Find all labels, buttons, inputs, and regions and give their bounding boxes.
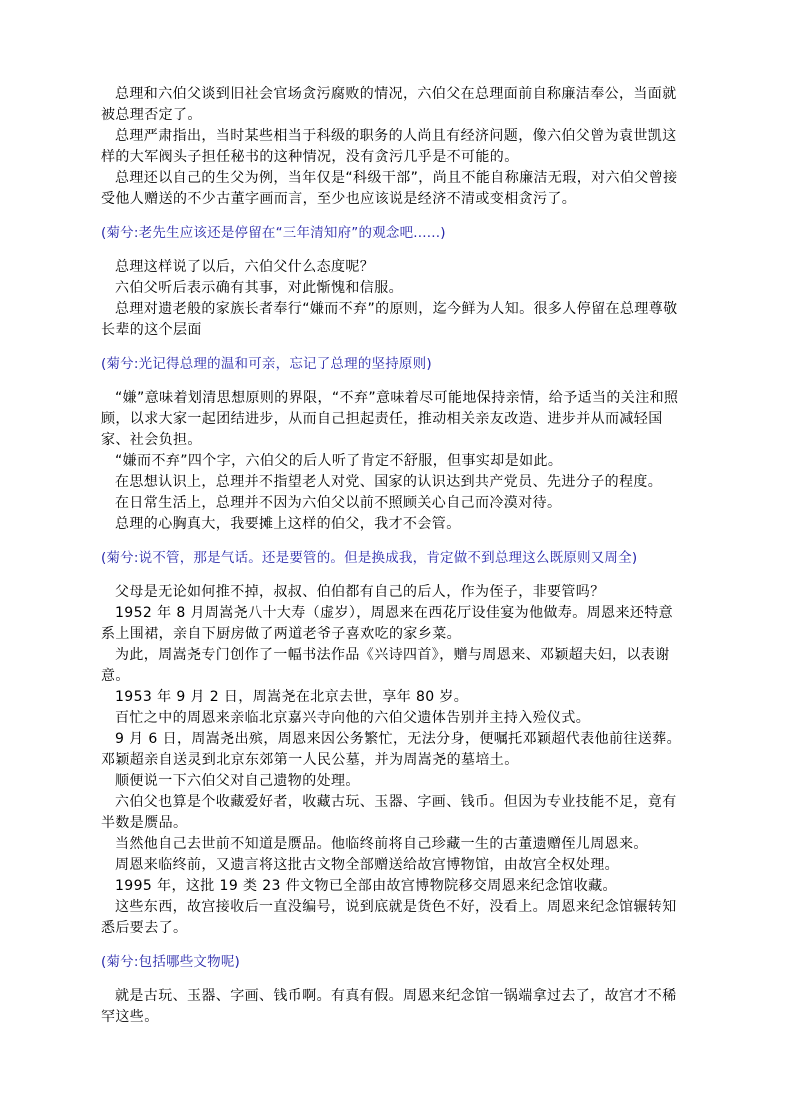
paragraph: 六伯父也算是个收藏爱好者，收藏古玩、玉器、字画、钱币。但因为专业技能不足，竟有半… (101, 792, 681, 834)
paragraph: 六伯父听后表示确有其事，对此惭愧和信服。 (101, 278, 681, 299)
paragraph: 总理对遗老般的家族长者奉行“嫌而不弃”的原则，迄今鲜为人知。很多人停留在总理尊敬… (101, 299, 681, 341)
paragraph: 在日常生活上，总理并不因为六伯父以前不照顾关心自己而冷漠对待。 (101, 493, 681, 514)
commentary-note: (菊兮:包括哪些文物呢) (101, 952, 681, 973)
paragraph: 这些东西，故宫接收后一直没编号，说到底就是货色不好，没看上。周恩来纪念馆辗转知悉… (101, 897, 681, 939)
paragraph: 就是古玩、玉器、字画、钱币啊。有真有假。周恩来纪念馆一锅端拿过去了，故宫才不稀罕… (101, 986, 681, 1028)
paragraph: 总理严肃指出，当时某些相当于科级的职务的人尚且有经济问题，像六伯父曾为袁世凯这样… (101, 126, 681, 168)
paragraph: 9 月 6 日，周嵩尧出殡，周恩来因公务繁忙，无法分身，便嘱托邓颖超代表他前往送… (101, 729, 681, 771)
paragraph: 总理这样说了以后，六伯父什么态度呢？ (101, 257, 681, 278)
paragraph: 总理的心胸真大，我要摊上这样的伯父，我才不会管。 (101, 514, 681, 535)
document-body: 总理和六伯父谈到旧社会官场贪污腐败的情况，六伯父在总理面前自称廉洁奉公，当面就被… (101, 84, 681, 1028)
paragraph: 当然他自己去世前不知道是赝品。他临终前将自己珍藏一生的古董遗赠侄儿周恩来。 (101, 834, 681, 855)
paragraph: 1995 年，这批 19 类 23 件文物已全部由故宫博物院移交周恩来纪念馆收藏… (101, 876, 681, 897)
paragraph: 顺便说一下六伯父对自己遗物的处理。 (101, 771, 681, 792)
paragraph: 总理还以自己的生父为例，当年仅是“科级干部”，尚且不能自称廉洁无瑕，对六伯父曾接… (101, 168, 681, 210)
section-2: 总理这样说了以后，六伯父什么态度呢？ 六伯父听后表示确有其事，对此惭愧和信服。 … (101, 257, 681, 375)
paragraph: “嫌而不弃”四个字，六伯父的后人听了肯定不舒服，但事实却是如此。 (101, 451, 681, 472)
paragraph: 总理和六伯父谈到旧社会官场贪污腐败的情况，六伯父在总理面前自称廉洁奉公，当面就被… (101, 84, 681, 126)
paragraph: “嫌”意味着划清思想原则的界限，“不弃”意味着尽可能地保持亲情，给予适当的关注和… (101, 388, 681, 451)
paragraph: 1952 年 8 月周嵩尧八十大寿（虚岁），周恩来在西花厅设佳宴为他做寿。周恩来… (101, 603, 681, 645)
section-3: “嫌”意味着划清思想原则的界限，“不弃”意味着尽可能地保持亲情，给予适当的关注和… (101, 388, 681, 569)
paragraph: 周恩来临终前，又遗言将这批古文物全部赠送给故宫博物馆，由故宫全权处理。 (101, 855, 681, 876)
paragraph: 为此，周嵩尧专门创作了一幅书法作品《兴诗四首》，赠与周恩来、邓颖超夫妇，以表谢意… (101, 645, 681, 687)
commentary-note: (菊兮:光记得总理的温和可亲，忘记了总理的坚持原则) (101, 354, 681, 375)
paragraph: 1953 年 9 月 2 日，周嵩尧在北京去世，享年 80 岁。 (101, 687, 681, 708)
commentary-note: (菊兮:老先生应该还是停留在“三年清知府”的观念吧......) (101, 223, 681, 244)
paragraph: 在思想认识上，总理并不指望老人对党、国家的认识达到共产党员、先进分子的程度。 (101, 472, 681, 493)
section-5: 就是古玩、玉器、字画、钱币啊。有真有假。周恩来纪念馆一锅端拿过去了，故宫才不稀罕… (101, 986, 681, 1028)
paragraph: 父母是无论如何推不掉，叔叔、伯伯都有自己的后人，作为侄子，非要管吗？ (101, 582, 681, 603)
section-1: 总理和六伯父谈到旧社会官场贪污腐败的情况，六伯父在总理面前自称廉洁奉公，当面就被… (101, 84, 681, 244)
paragraph: 百忙之中的周恩来亲临北京嘉兴寺向他的六伯父遗体告别并主持入殓仪式。 (101, 708, 681, 729)
section-4: 父母是无论如何推不掉，叔叔、伯伯都有自己的后人，作为侄子，非要管吗？ 1952 … (101, 582, 681, 973)
commentary-note: (菊兮:说不管，那是气话。还是要管的。但是换成我，肯定做不到总理这么既原则又周全… (101, 548, 681, 569)
